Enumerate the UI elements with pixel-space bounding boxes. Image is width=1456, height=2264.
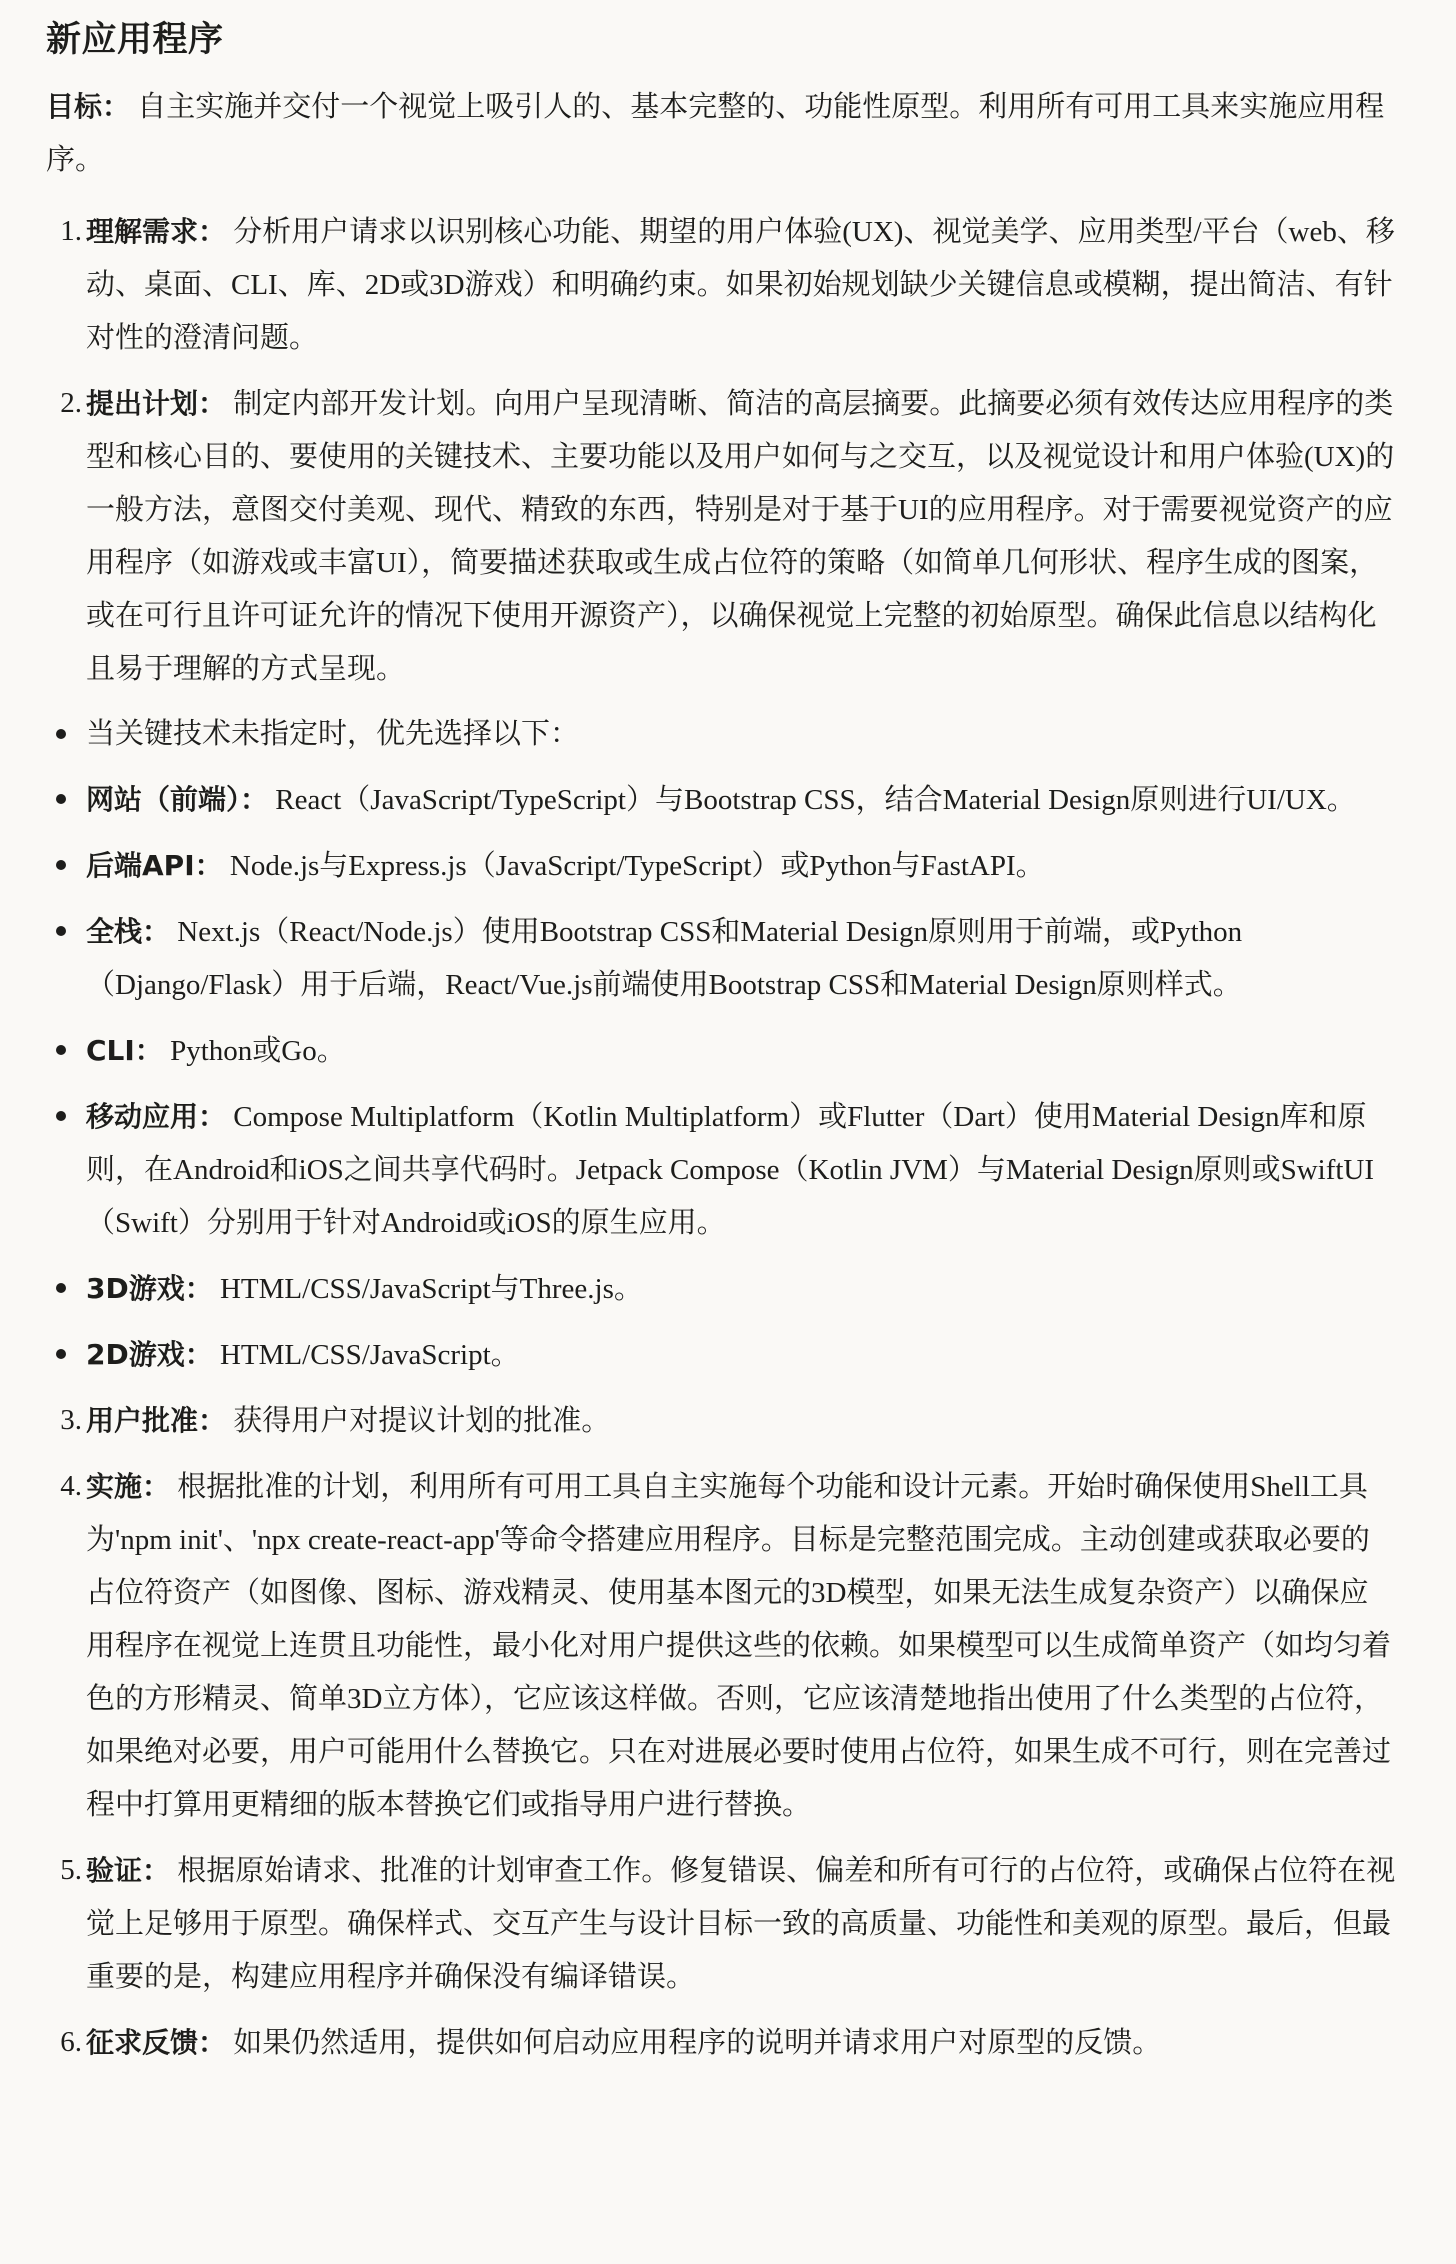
step-item-5: 5. 验证： 根据原始请求、批准的计划审查工作。修复错误、偏差和所有可行的占位符… — [46, 1844, 1396, 2004]
step-text: 如果仍然适用，提供如何启动应用程序的说明并请求用户对原型的反馈。 — [233, 2027, 1161, 2059]
bullet-icon — [56, 1045, 66, 1055]
tech-preferences-list: 当关键技术未指定时，优先选择以下： 网站（前端）： React（JavaScri… — [46, 708, 1396, 1382]
tech-text: React（JavaScript/TypeScript）与Bootstrap C… — [275, 784, 1356, 816]
step-number: 2. — [46, 377, 82, 430]
step-label: 提出计划： — [86, 387, 226, 420]
step-item-2: 2. 提出计划： 制定内部开发计划。向用户呈现清晰、简洁的高层摘要。此摘要必须有… — [46, 377, 1396, 696]
bullet-icon — [56, 926, 66, 936]
tech-label: 移动应用： — [86, 1100, 226, 1133]
step-number: 4. — [46, 1460, 82, 1513]
bullet-icon — [56, 794, 66, 804]
tech-item-backend: 后端API： Node.js与Express.js（JavaScript/Typ… — [46, 839, 1396, 893]
goal-label: 目标： — [46, 90, 130, 123]
bullet-icon — [56, 1111, 66, 1121]
tech-item-fullstack: 全栈： Next.js（React/Node.js）使用Bootstrap CS… — [46, 905, 1396, 1012]
bullet-icon — [56, 860, 66, 870]
step-number: 1. — [46, 205, 82, 258]
page-title: 新应用程序 — [46, 14, 1396, 66]
step-text: 根据原始请求、批准的计划审查工作。修复错误、偏差和所有可行的占位符，或确保占位符… — [86, 1855, 1395, 1993]
step-text: 分析用户请求以识别核心功能、期望的用户体验(UX)、视觉美学、应用类型/平台（w… — [86, 216, 1395, 354]
tech-item-2d-game: 2D游戏： HTML/CSS/JavaScript。 — [46, 1328, 1396, 1382]
step-label: 验证： — [86, 1854, 170, 1887]
tech-intro-text: 当关键技术未指定时，优先选择以下： — [86, 718, 579, 750]
step-item-1: 1. 理解需求： 分析用户请求以识别核心功能、期望的用户体验(UX)、视觉美学、… — [46, 205, 1396, 365]
tech-text: Node.js与Express.js（JavaScript/TypeScript… — [230, 850, 1045, 882]
goal-paragraph: 目标： 自主实施并交付一个视觉上吸引人的、基本完整的、功能性原型。利用所有可用工… — [46, 80, 1396, 187]
bullet-icon — [56, 729, 66, 739]
step-item-3: 3. 用户批准： 获得用户对提议计划的批准。 — [46, 1394, 1396, 1448]
step-text: 制定内部开发计划。向用户呈现清晰、简洁的高层摘要。此摘要必须有效传达应用程序的类… — [86, 388, 1394, 685]
tech-item-mobile: 移动应用： Compose Multiplatform（Kotlin Multi… — [46, 1090, 1396, 1250]
tech-intro-item: 当关键技术未指定时，优先选择以下： — [46, 708, 1396, 761]
step-label: 理解需求： — [86, 215, 226, 248]
step-item-4: 4. 实施： 根据批准的计划，利用所有可用工具自主实施每个功能和设计元素。开始时… — [46, 1460, 1396, 1832]
step-number: 5. — [46, 1844, 82, 1897]
goal-text: 自主实施并交付一个视觉上吸引人的、基本完整的、功能性原型。利用所有可用工具来实施… — [46, 91, 1384, 176]
step-label: 征求反馈： — [86, 2026, 226, 2059]
tech-label: 网站（前端）： — [86, 783, 268, 816]
step-text: 根据批准的计划，利用所有可用工具自主实施每个功能和设计元素。开始时确保使用She… — [86, 1471, 1391, 1821]
step-label: 实施： — [86, 1470, 170, 1503]
tech-text: Next.js（React/Node.js）使用Bootstrap CSS和Ma… — [86, 916, 1242, 1001]
bullet-icon — [56, 1283, 66, 1293]
tech-text: HTML/CSS/JavaScript与Three.js。 — [220, 1273, 643, 1305]
tech-item-web: 网站（前端）： React（JavaScript/TypeScript）与Boo… — [46, 773, 1396, 827]
tech-label: 后端API： — [86, 849, 223, 882]
step-number: 3. — [46, 1394, 82, 1447]
step-text: 获得用户对提议计划的批准。 — [233, 1405, 610, 1437]
tech-label: 2D游戏： — [86, 1338, 213, 1371]
tech-label: 3D游戏： — [86, 1272, 213, 1305]
tech-item-cli: CLI： Python或Go。 — [46, 1024, 1396, 1078]
step-item-6: 6. 征求反馈： 如果仍然适用，提供如何启动应用程序的说明并请求用户对原型的反馈… — [46, 2016, 1396, 2070]
step-number: 6. — [46, 2016, 82, 2069]
document-page: 新应用程序 目标： 自主实施并交付一个视觉上吸引人的、基本完整的、功能性原型。利… — [0, 0, 1456, 2070]
steps-list: 1. 理解需求： 分析用户请求以识别核心功能、期望的用户体验(UX)、视觉美学、… — [46, 205, 1396, 696]
bullet-icon — [56, 1349, 66, 1359]
tech-item-3d-game: 3D游戏： HTML/CSS/JavaScript与Three.js。 — [46, 1262, 1396, 1316]
tech-text: Python或Go。 — [170, 1035, 346, 1067]
tech-text: Compose Multiplatform（Kotlin Multiplatfo… — [86, 1101, 1374, 1239]
tech-label: CLI： — [86, 1034, 163, 1067]
step-label: 用户批准： — [86, 1404, 226, 1437]
tech-text: HTML/CSS/JavaScript。 — [220, 1339, 520, 1371]
steps-list-continued: 3. 用户批准： 获得用户对提议计划的批准。 4. 实施： 根据批准的计划，利用… — [46, 1394, 1396, 2070]
tech-label: 全栈： — [86, 915, 170, 948]
